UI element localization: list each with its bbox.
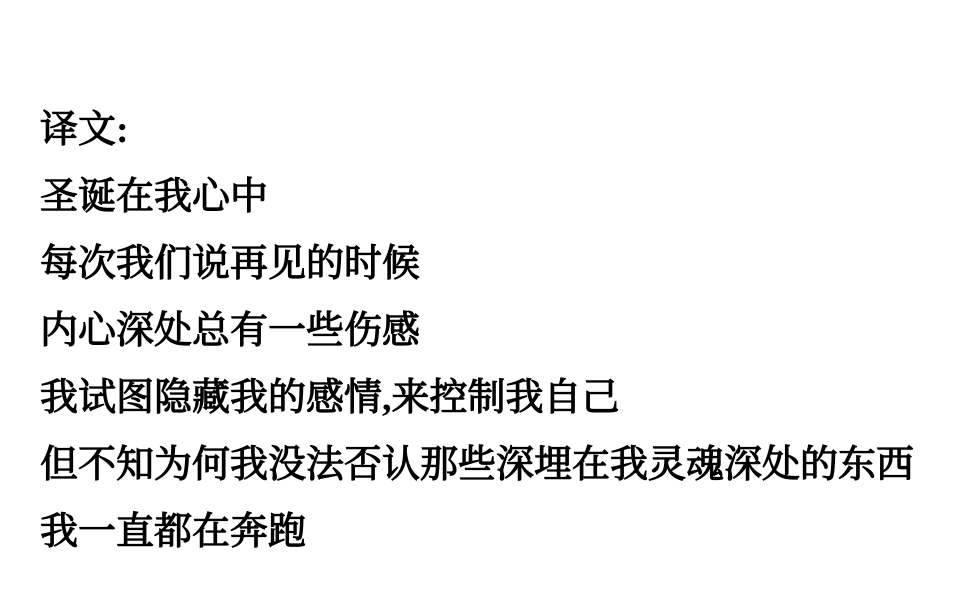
lyric-line-6: 我一直都在奔跑 [40,499,940,566]
lyric-line-3: 内心深处总有一些伤感 [40,298,940,365]
lyric-line-4: 我试图隐藏我的感情,来控制我自己 [40,365,940,432]
lyric-line-2: 每次我们说再见的时候 [40,231,940,298]
lyric-line-5: 但不知为何我没法否认那些深埋在我灵魂深处的东西 [40,432,940,499]
translation-heading: 译文: [40,97,940,164]
lyric-line-1: 圣诞在我心中 [40,164,940,231]
document-page: 译文: 圣诞在我心中 每次我们说再见的时候 内心深处总有一些伤感 我试图隐藏我的… [0,0,960,599]
